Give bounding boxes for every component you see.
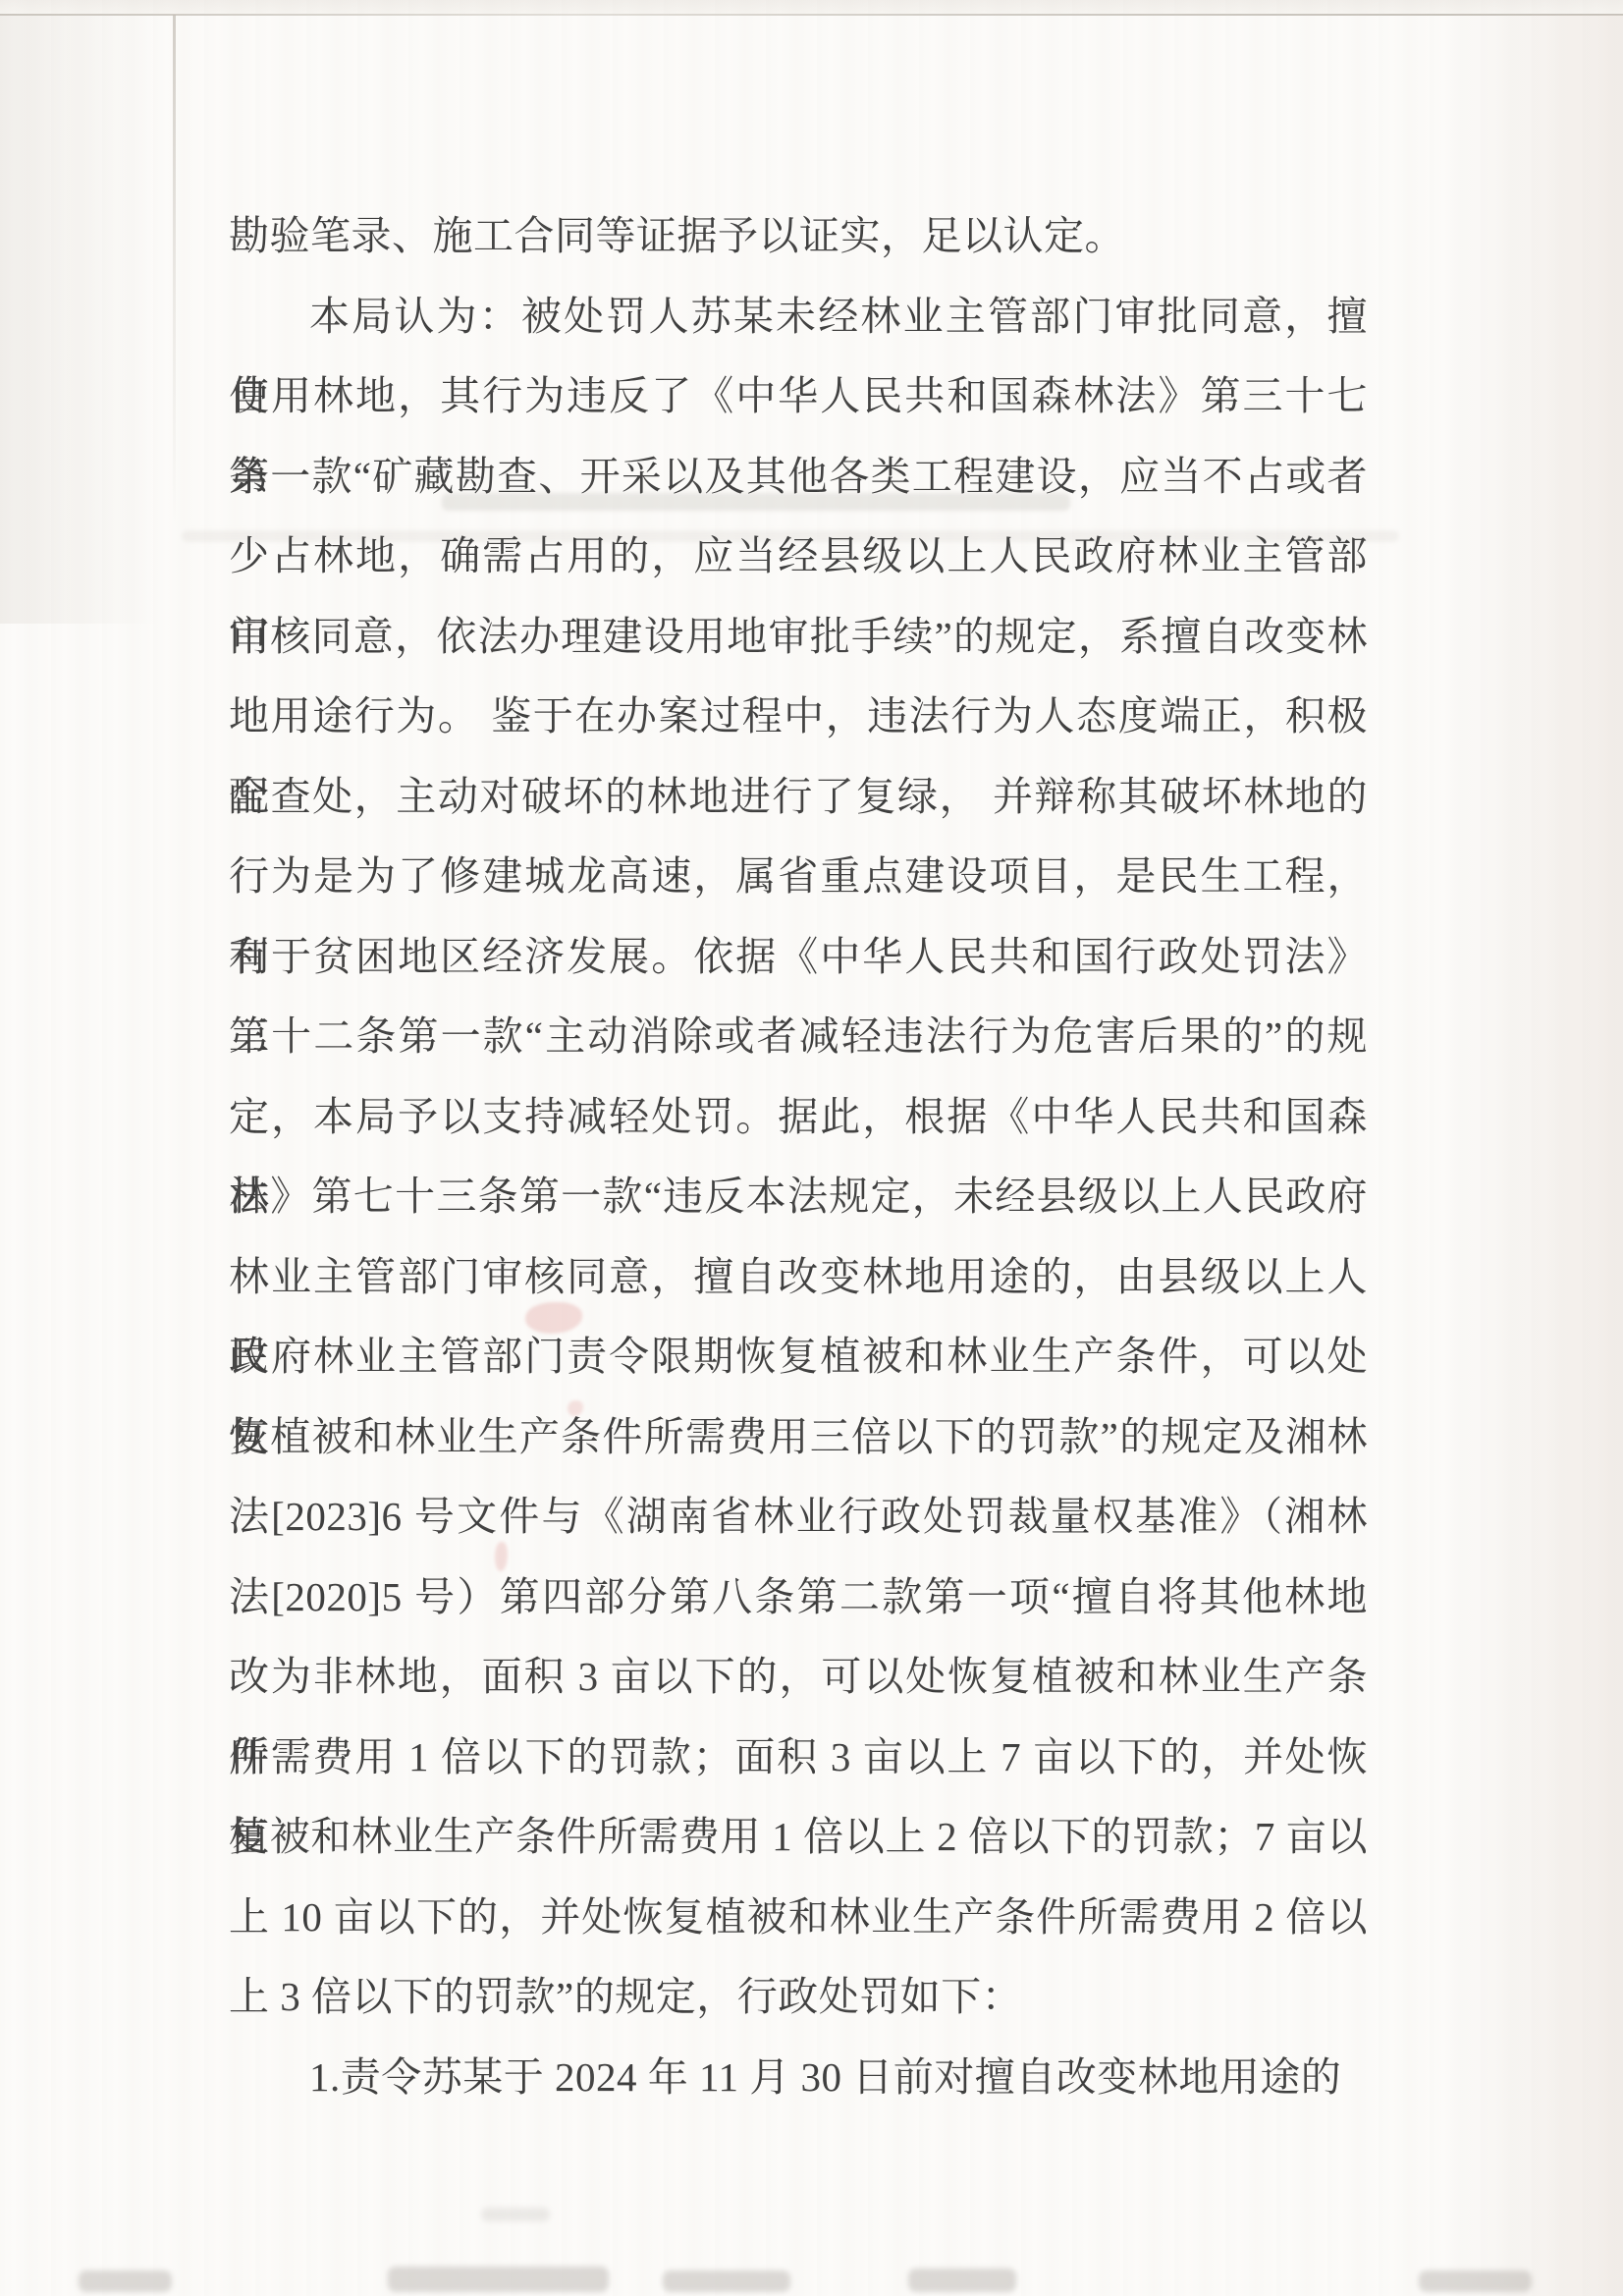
document-line: 地用途行为。 鉴于在办案过程中，违法行为人态度端正，积极配 bbox=[229, 677, 1368, 757]
document-text-block: 勘验笔录、施工合同等证据予以证实，足以认定。本局认为：被处罚人苏某未经林业主管部… bbox=[229, 196, 1368, 2117]
document-line: 植被和林业生产条件所需费用 1 倍以上 2 倍以下的罚款；7 亩以 bbox=[229, 1797, 1368, 1878]
document-line: 法[2020]5 号）第四部分第八条第二款第一项“擅自将其他林地 bbox=[229, 1558, 1368, 1638]
document-line: 上 3 倍以下的罚款”的规定，行政处罚如下： bbox=[229, 1957, 1368, 2038]
document-line: 林业主管部门审核同意，擅自改变林地用途的，由县级以上人民 bbox=[229, 1237, 1368, 1318]
document-line: 使用林地，其行为违反了《中华人民共和国森林法》第三十七条 bbox=[229, 356, 1368, 437]
document-line: 本局认为：被处罚人苏某未经林业主管部门审批同意，擅自 bbox=[229, 277, 1368, 357]
document-line: 审核同意，依法办理建设用地审批手续”的规定，系擅自改变林 bbox=[229, 597, 1368, 678]
document-line: 三十二条第一款“主动消除或者减轻违法行为危害后果的”的规 bbox=[229, 997, 1368, 1077]
document-line: 复植被和林业生产条件所需费用三倍以下的罚款”的规定及湘林 bbox=[229, 1397, 1368, 1478]
document-line: 政府林业主管部门责令限期恢复植被和林业生产条件，可以处恢 bbox=[229, 1317, 1368, 1397]
document-line: 1.责令苏某于 2024 年 11 月 30 日前对擅自改变林地用途的 bbox=[229, 2038, 1368, 2118]
document-line: 勘验笔录、施工合同等证据予以证实，足以认定。 bbox=[229, 196, 1368, 277]
scanned-document-page: 勘验笔录、施工合同等证据予以证实，足以认定。本局认为：被处罚人苏某未经林业主管部… bbox=[0, 0, 1623, 2296]
paper-crease bbox=[173, 15, 176, 525]
scan-shadow-left bbox=[0, 15, 157, 624]
bleedthrough-smudge bbox=[1419, 2270, 1532, 2292]
document-line: 上 10 亩以下的，并处恢复植被和林业生产条件所需费用 2 倍以 bbox=[229, 1878, 1368, 1958]
document-line: 定，本局予以支持减轻处罚。据此，根据《中华人民共和国森林 bbox=[229, 1077, 1368, 1158]
document-line: 法[2023]6 号文件与《湖南省林业行政处罚裁量权基准》（湘林 bbox=[229, 1477, 1368, 1558]
bleedthrough-smudge bbox=[908, 2269, 1016, 2292]
document-line: 行为是为了修建城龙高速，属省重点建设项目，是民生工程，有 bbox=[229, 837, 1368, 917]
paper-edge-line bbox=[0, 14, 1623, 16]
document-line: 利于贫困地区经济发展。依据《中华人民共和国行政处罚法》第 bbox=[229, 917, 1368, 998]
bleedthrough-smudge bbox=[388, 2267, 609, 2292]
document-line: 改为非林地，面积 3 亩以下的，可以处恢复植被和林业生产条件 bbox=[229, 1637, 1368, 1718]
document-line: 第一款“矿藏勘查、开采以及其他各类工程建设，应当不占或者 bbox=[229, 437, 1368, 518]
bleedthrough-smudge bbox=[79, 2270, 172, 2292]
scan-top-edge bbox=[0, 0, 1623, 15]
document-line: 所需费用 1 倍以下的罚款；面积 3 亩以上 7 亩以下的，并处恢复 bbox=[229, 1718, 1368, 1798]
document-line: 少占林地，确需占用的，应当经县级以上人民政府林业主管部门 bbox=[229, 517, 1368, 597]
scan-shadow-right bbox=[1446, 15, 1623, 2296]
bleedthrough-smudge bbox=[481, 2208, 550, 2221]
document-line: 法》第七十三条第一款“违反本法规定，未经县级以上人民政府 bbox=[229, 1157, 1368, 1237]
bleedthrough-smudge bbox=[663, 2270, 790, 2292]
document-line: 合查处，主动对破坏的林地进行了复绿， 并辩称其破坏林地的 bbox=[229, 757, 1368, 838]
